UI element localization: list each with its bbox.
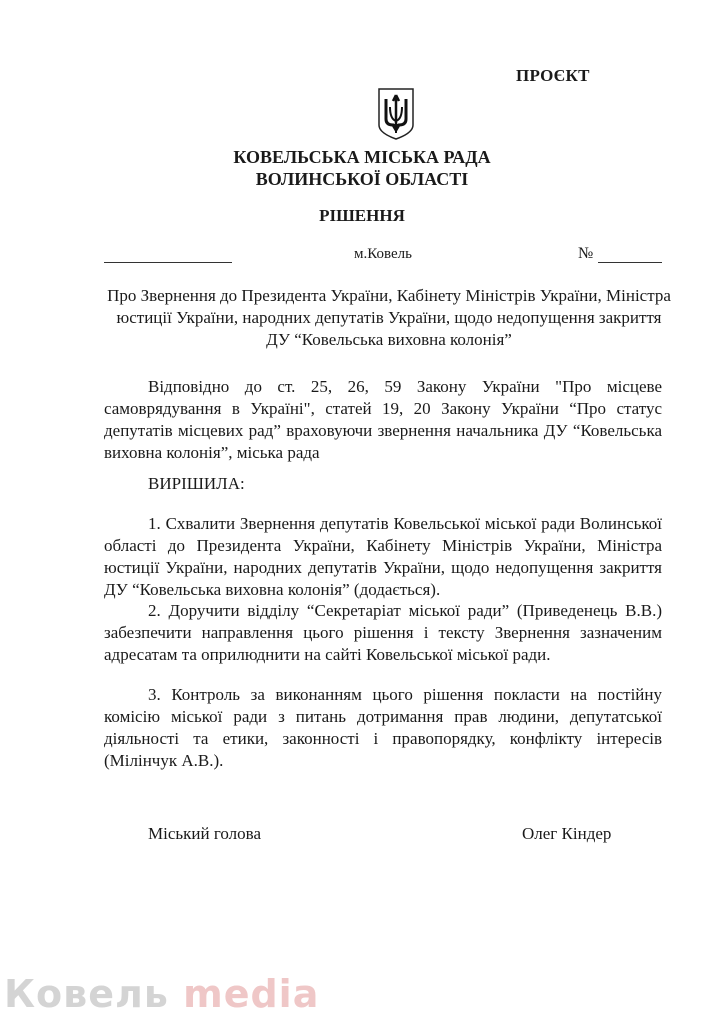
- decision-subject: Про Звернення до Президента України, Каб…: [104, 285, 674, 351]
- council-name-line1: КОВЕЛЬСЬКА МІСЬКА РАДА: [0, 146, 724, 168]
- number-label: №: [578, 245, 593, 263]
- coat-of-arms-icon: [377, 87, 415, 141]
- resolution-item-3: 3. Контроль за виконанням цього рішення …: [104, 684, 662, 772]
- watermark-logo: Ковель media: [4, 972, 319, 1016]
- signature-name: Олег Кіндер: [522, 824, 611, 844]
- legal-basis-paragraph: Відповідно до ст. 25, 26, 59 Закону Укра…: [104, 376, 662, 464]
- council-name: КОВЕЛЬСЬКА МІСЬКА РАДА ВОЛИНСЬКОЇ ОБЛАСТ…: [0, 146, 724, 190]
- watermark-part2: media: [183, 972, 319, 1016]
- signature-role: Міський голова: [148, 824, 261, 844]
- date-blank-line: [104, 262, 232, 263]
- resolution-item-1: 1. Схвалити Звернення депутатів Ковельсь…: [104, 513, 662, 601]
- resolution-item-2: 2. Доручити відділу “Секретаріат міської…: [104, 600, 662, 666]
- document-title: РІШЕННЯ: [0, 206, 724, 226]
- number-blank-line: [598, 262, 662, 263]
- resolved-heading: ВИРІШИЛА:: [148, 474, 245, 494]
- city-label: м.Ковель: [354, 246, 412, 263]
- council-name-line2: ВОЛИНСЬКОЇ ОБЛАСТІ: [0, 168, 724, 190]
- watermark-part1: Ковель: [4, 972, 169, 1016]
- draft-stamp: ПРОЄКТ: [516, 66, 590, 86]
